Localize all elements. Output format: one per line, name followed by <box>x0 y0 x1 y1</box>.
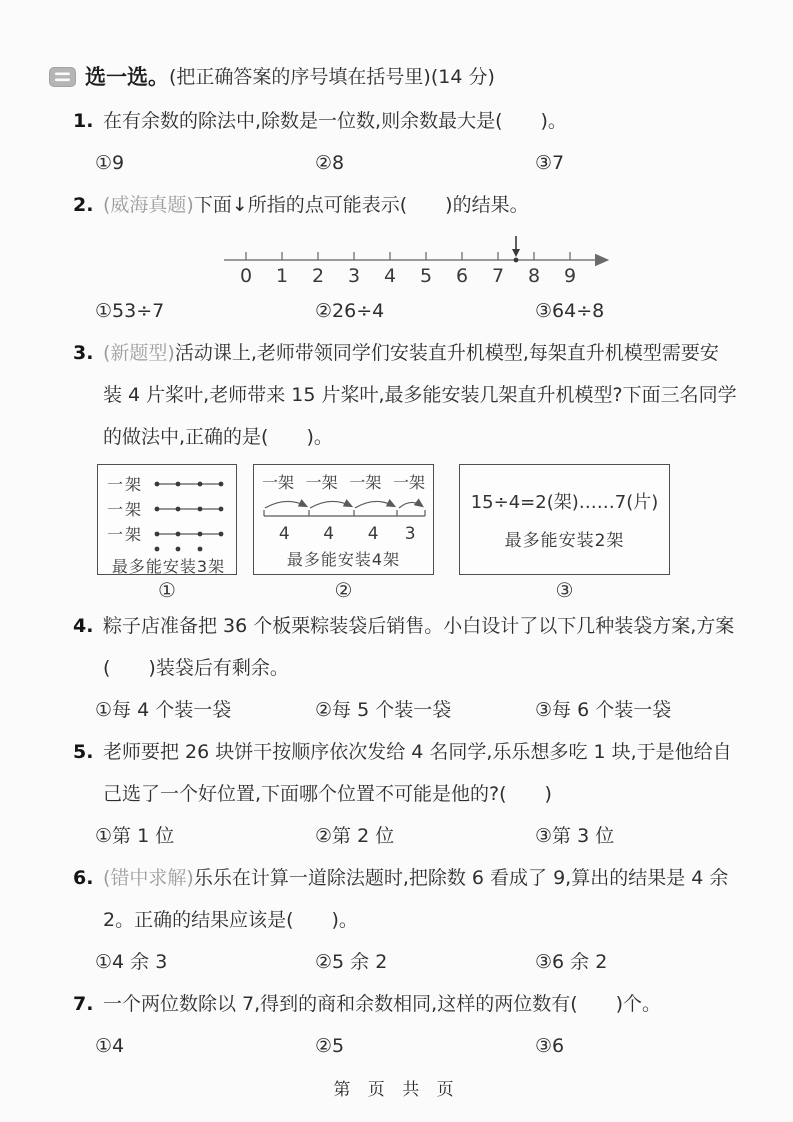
question-1-options: ①9 ②8 ③7 <box>95 142 737 184</box>
question-7: 7.一个两位数除以 7,得到的商和余数相同,这样的两位数有( )个。 ①4 ②5… <box>75 983 737 1067</box>
question-number: 2. <box>73 184 93 226</box>
option-2: ②8 <box>315 142 535 184</box>
box2-caption: 最多能安装4架 <box>262 547 425 570</box>
question-1: 1.在有余数的除法中,除数是一位数,则余数最大是( )。 ①9 ②8 ③7 <box>75 100 737 184</box>
box2-label: ② <box>253 575 434 605</box>
diagram-box-2: 一架 一架 一架 一架 <box>253 464 434 575</box>
svg-text:1: 1 <box>276 265 288 287</box>
option-3: ③第 3 位 <box>535 815 614 857</box>
svg-text:2: 2 <box>312 265 324 287</box>
svg-text:3: 3 <box>348 265 360 287</box>
svg-text:9: 9 <box>564 265 576 287</box>
box1-row-labels: 一架 一架 一架 <box>107 472 143 554</box>
worksheet-page: 选一选。(把正确答案的序号填在括号里)(14 分) 1.在有余数的除法中,除数是… <box>0 0 793 1122</box>
svg-text:4: 4 <box>384 265 396 287</box>
question-text: 一个两位数除以 7,得到的商和余数相同,这样的两位数有( )个。 <box>103 993 661 1015</box>
option-2: ②5 余 2 <box>315 941 535 983</box>
svg-text:5: 5 <box>420 265 432 287</box>
question-number: 7. <box>73 983 93 1025</box>
svg-text:7: 7 <box>492 265 504 287</box>
question-text: 活动课上,老师带领同学们安装直升机模型,每架直升机模型需要安装 4 片桨叶,老师… <box>103 342 737 448</box>
box2-unit-labels: 一架 一架 一架 一架 <box>262 473 425 492</box>
diagram-box-3: 15÷4=2(架)……7(片) 最多能安装2架 <box>459 464 670 575</box>
svg-text:0: 0 <box>240 265 252 287</box>
option-3: ③每 6 个装一袋 <box>535 689 671 731</box>
question-tag: (错中求解) <box>103 867 194 889</box>
box2-segment-values: 4 4 4 3 <box>262 524 425 544</box>
option-1: ①每 4 个装一袋 <box>95 689 315 731</box>
number-line-ticks <box>246 252 570 260</box>
box1-caption: 最多能安装3架 <box>107 554 230 577</box>
question-number: 3. <box>73 332 93 374</box>
question-4-options: ①每 4 个装一袋 ②每 5 个装一袋 ③每 6 个装一袋 <box>95 689 737 731</box>
option-1: ①4 <box>95 1025 315 1067</box>
number-line-labels: 0 1 2 3 4 5 6 7 8 9 <box>240 265 576 287</box>
question-tag: (新题型) <box>103 342 175 364</box>
option-3: ③6 <box>535 1025 564 1067</box>
question-5: 5.老师要把 26 块饼干按顺序依次发给 4 名同学,乐乐想多吃 1 块,于是他… <box>75 731 737 857</box>
option-2: ②5 <box>315 1025 535 1067</box>
question-text: 老师要把 26 块饼干按顺序依次发给 4 名同学,乐乐想多吃 1 块,于是他给自… <box>103 741 732 805</box>
question-tag: (威海真题) <box>103 194 194 216</box>
section-badge-icon <box>49 67 76 87</box>
question-7-options: ①4 ②5 ③6 <box>95 1025 737 1067</box>
question-number: 5. <box>73 731 93 773</box>
question-text: 粽子店准备把 36 个板栗粽装袋后销售。小白设计了以下几种装袋方案,方案( )装… <box>103 615 734 679</box>
option-1: ①4 余 3 <box>95 941 315 983</box>
answer-diagram-boxes: 一架 一架 一架 <box>97 464 737 575</box>
question-text: 在有余数的除法中,除数是一位数,则余数最大是( )。 <box>103 110 567 132</box>
section-header: 选一选。(把正确答案的序号填在括号里)(14 分) <box>49 56 737 98</box>
option-1: ①第 1 位 <box>95 815 315 857</box>
question-3: 3.(新题型)活动课上,老师带领同学们安装直升机模型,每架直升机模型需要安装 4… <box>75 332 737 605</box>
option-2: ②26÷4 <box>315 290 535 332</box>
box3-label: ③ <box>459 575 670 605</box>
box1-dot-rows-icon <box>151 472 227 554</box>
question-6-options: ①4 余 3 ②5 余 2 ③6 余 2 <box>95 941 737 983</box>
box1-label: ① <box>97 575 237 605</box>
section-title: 选一选。 <box>85 56 169 98</box>
question-5-options: ①第 1 位 ②第 2 位 ③第 3 位 <box>95 815 737 857</box>
option-2: ②每 5 个装一袋 <box>315 689 535 731</box>
section-subtitle: (把正确答案的序号填在括号里)(14 分) <box>169 56 495 98</box>
diagram-box-1: 一架 一架 一架 <box>97 464 237 575</box>
option-1: ①9 <box>95 142 315 184</box>
option-2: ②第 2 位 <box>315 815 535 857</box>
question-2-options: ①53÷7 ②26÷4 ③64÷8 <box>95 290 737 332</box>
question-2: 2.(威海真题)下面↓所指的点可能表示( )的结果。 <box>75 184 737 332</box>
svg-text:8: 8 <box>528 265 540 287</box>
option-3: ③6 余 2 <box>535 941 607 983</box>
option-1: ①53÷7 <box>95 290 315 332</box>
worksheet-content: 选一选。(把正确答案的序号填在括号里)(14 分) 1.在有余数的除法中,除数是… <box>0 0 793 1067</box>
question-6: 6.(错中求解)乐乐在计算一道除法题时,把除数 6 看成了 9,算出的结果是 4… <box>75 857 737 983</box>
question-number: 4. <box>73 605 93 647</box>
box3-caption: 最多能安装2架 <box>505 526 625 551</box>
diagram-box-labels: ① ② ③ <box>97 575 737 605</box>
option-3: ③7 <box>535 142 564 184</box>
svg-text:6: 6 <box>456 265 468 287</box>
box3-equation: 15÷4=2(架)……7(片) <box>471 488 659 514</box>
box2-arcs-icon <box>262 495 427 521</box>
question-text: 下面↓所指的点可能表示( )的结果。 <box>194 194 529 216</box>
page-footer: 第 页 共 页 <box>0 1075 793 1100</box>
question-text: 乐乐在计算一道除法题时,把除数 6 看成了 9,算出的结果是 4 余 2。正确的… <box>103 867 728 931</box>
question-number: 6. <box>73 857 93 899</box>
number-line: 0 1 2 3 4 5 6 7 8 9 <box>218 226 737 290</box>
option-3: ③64÷8 <box>535 290 604 332</box>
pointer-arrow-icon <box>512 236 520 262</box>
question-number: 1. <box>73 100 93 142</box>
question-4: 4.粽子店准备把 36 个板栗粽装袋后销售。小白设计了以下几种装袋方案,方案( … <box>75 605 737 731</box>
